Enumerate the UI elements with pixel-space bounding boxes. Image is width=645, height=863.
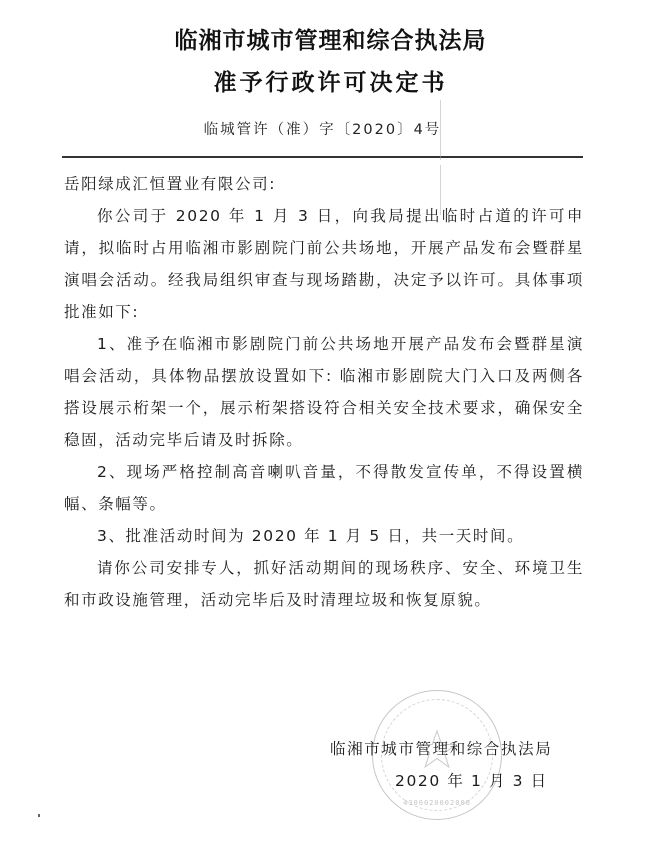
signature-organization: 临湘市城市管理和综合执法局 (330, 737, 630, 759)
paragraph-item-3: 3、批准活动时间为 2020 年 1 月 5 日，共一天时间。 (64, 520, 584, 552)
addressee: 岳阳绿成汇恒置业有限公司: (64, 168, 584, 200)
scan-speck (38, 814, 40, 817)
seal-code: 4300020002000 (395, 799, 479, 807)
header-divider (62, 156, 583, 158)
signature-date: 2020 年 1 月 3 日 (395, 769, 645, 791)
document-body: 岳阳绿成汇恒置业有限公司: 你公司于 2020 年 1 月 3 日，向我局提出临… (64, 168, 584, 616)
paragraph-item-2: 2、现场严格控制高音喇叭音量，不得散发宣传单，不得设置横幅、条幅等。 (64, 456, 584, 520)
paragraph-intro: 你公司于 2020 年 1 月 3 日，向我局提出临时占道的许可申请，拟临时占用… (64, 200, 584, 328)
document-title: 准予行政许可决定书 (8, 64, 645, 97)
scan-crease-mark (440, 100, 441, 160)
paragraph-closing: 请你公司安排专人，抓好活动期间的现场秩序、安全、环境卫生和市政设施管理，活动完毕… (64, 552, 584, 616)
issuer-title: 临湘市城市管理和综合执法局 (8, 22, 645, 55)
document-number: 临城管许（准）字〔2020〕4号 (0, 118, 645, 139)
paragraph-item-1: 1、准予在临湘市影剧院门前公共场地开展产品发布会暨群星演唱会活动，具体物品摆放设… (64, 328, 584, 456)
